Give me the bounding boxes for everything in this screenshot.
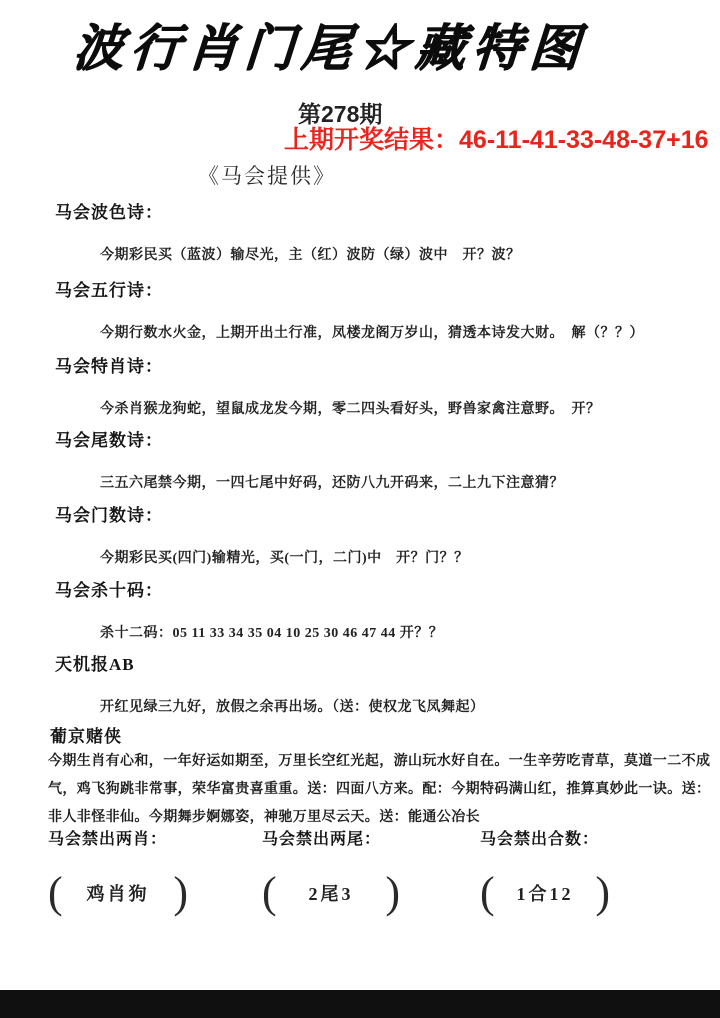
forbidden-tails-label: 马会禁出两尾：: [262, 826, 400, 849]
open-paren: (: [480, 871, 495, 915]
section-header: 天机报AB: [55, 650, 135, 675]
open-paren: (: [48, 871, 63, 915]
bottom-black-strip: [0, 990, 720, 1018]
open-paren: (: [262, 871, 277, 915]
section-header: 马会尾数诗：: [55, 426, 163, 451]
forbidden-zodiac-column: 马会禁出两肖： ( 鸡肖狗 ): [48, 826, 188, 915]
section-verse: 开红见绿三九好，放假之余再出场。（送：使权龙飞凤舞起）: [100, 696, 700, 716]
forbidden-tails-value: ( 2尾3 ): [262, 871, 400, 915]
section-header: 马会五行诗：: [55, 276, 163, 301]
section-verse: 今期行数水火金，上期开出土行准，凤楼龙阁万岁山，猜透本诗发大财。 解（？？）: [100, 322, 700, 342]
forbidden-zodiac-value: ( 鸡肖狗 ): [48, 871, 188, 915]
section-header: 马会特肖诗：: [55, 352, 163, 377]
pujing-paragraph: 今期生肖有心和，一年好运如期至，万里长空红光起，游山玩水好自在。一生辛劳吃青草，…: [48, 748, 696, 832]
pujing-line: 气，鸡飞狗跳非常事，荣华富贵喜重重。送：四面八方来。配：今期特码满山红，推算真妙…: [48, 776, 696, 804]
forbidden-sum-label: 马会禁出合数：: [480, 826, 610, 849]
forbidden-tails-column: 马会禁出两尾： ( 2尾3 ): [262, 826, 400, 915]
section-verse: 三五六尾禁今期，一四七尾中好码，还防八九开码来，二上九下注意猜？: [100, 472, 700, 492]
forbidden-zodiac-text: 鸡肖狗: [81, 880, 156, 906]
page-title: 波行肖门尾☆藏特图: [47, 8, 612, 80]
close-paren: ): [595, 871, 610, 915]
section-header: 葡京赌侠: [50, 722, 122, 747]
close-paren: ): [173, 871, 188, 915]
pujing-line: 今期生肖有心和，一年好运如期至，万里长空红光起，游山玩水好自在。一生辛劳吃青草，…: [48, 748, 696, 776]
close-paren: ): [385, 871, 400, 915]
provider-line: 《马会提供》: [198, 160, 336, 190]
forbidden-sum-column: 马会禁出合数： ( 1合12 ): [480, 826, 610, 915]
section-verse: 杀十二码：05 11 33 34 35 04 10 25 30 46 47 44…: [100, 622, 700, 642]
section-header: 马会杀十码：: [55, 576, 163, 601]
last-draw-result-numbers: 46-11-41-33-48-37+16: [459, 126, 709, 154]
section-verse: 今期彩民买（蓝波）输尽光，主（红）波防（绿）波中 开？波？: [100, 244, 700, 264]
last-draw-result: 上期开奖结果：46-11-41-33-48-37+16: [284, 120, 720, 156]
section-verse: 今杀肖猴龙狗蛇，望鼠成龙发今期，零二四头看好头，野兽家禽注意野。 开？: [100, 398, 700, 418]
section-header: 马会波色诗：: [55, 198, 163, 223]
last-draw-result-label: 上期开奖结果：: [284, 126, 459, 154]
section-header: 马会门数诗：: [55, 501, 163, 526]
forbidden-sum-text: 1合12: [511, 880, 580, 906]
forbidden-zodiac-label: 马会禁出两肖：: [48, 826, 188, 849]
forbidden-tails-text: 2尾3: [303, 880, 360, 906]
section-verse: 今期彩民买(四门)输精光，买(一门，二门)中 开？门？？: [100, 547, 700, 567]
tip-sheet-page: 波行肖门尾☆藏特图 第278期 上期开奖结果：46-11-41-33-48-37…: [0, 0, 720, 1018]
forbidden-sum-value: ( 1合12 ): [480, 871, 610, 915]
